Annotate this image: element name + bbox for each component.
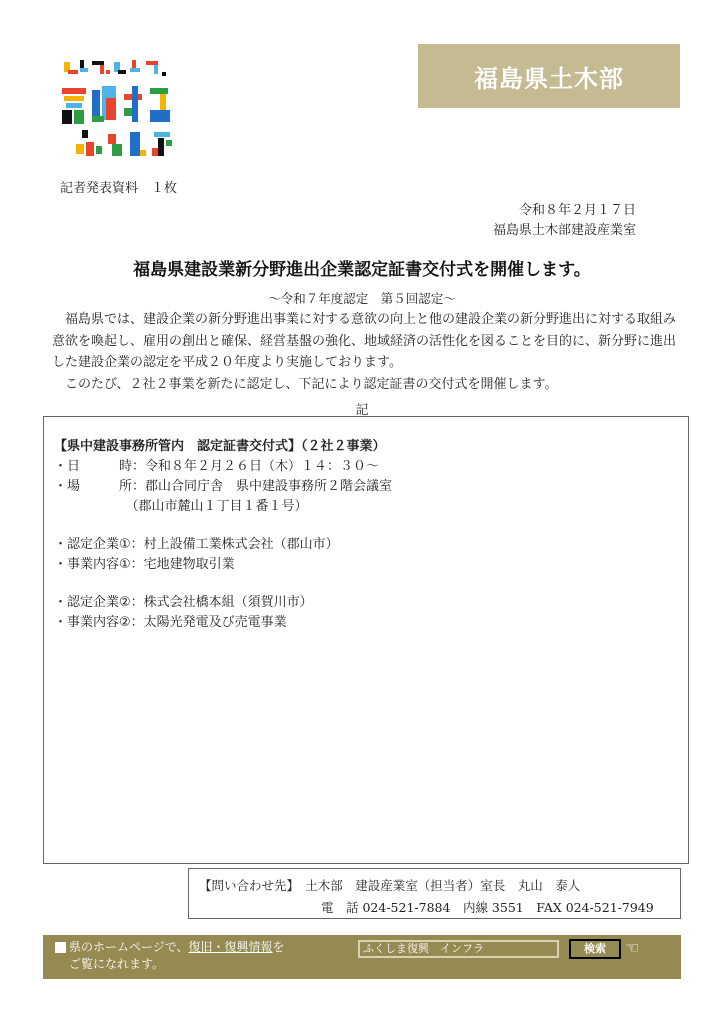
detail-row-business-2: ・事業内容②：太陽光発電及び売電事業	[54, 613, 392, 633]
search-input[interactable]: ふくしま復興 インフラ	[358, 940, 559, 958]
contact-label: 【問い合わせ先】	[199, 878, 293, 893]
detail-row-place: ・場 所：郡山合同庁舎 県中建設事務所２階会議室	[54, 477, 392, 497]
detail-row-company-2: ・認定企業②：株式会社橋本組（須賀川市）	[54, 593, 392, 613]
document-subtitle: ～令和７年度認定 第５回認定～	[0, 289, 724, 307]
homepage-text-line2: ご覧になれます。	[69, 956, 285, 973]
event-details-box: 【県中建設事務所管内 認定証書交付式】（２社２事業） ・日 時：令和８年２月２６…	[43, 416, 689, 864]
detail-row-datetime: ・日 時：令和８年２月２６日（木）１４：３０～	[54, 457, 392, 477]
detail-row-business-1: ・事業内容①：宅地建物取引業	[54, 555, 392, 575]
homepage-banner: 県のホームページで、復旧・復興情報を ご覧になれます。 ふくしま復興 インフラ …	[43, 935, 681, 979]
department-banner: 福島県土木部	[418, 44, 680, 108]
detail-row-address: （郡山市麓山１丁目１番１号）	[54, 497, 392, 517]
square-bullet-icon	[55, 942, 66, 953]
document-title: 福島県建設業新分野進出企業認定証書交付式を開催します。	[0, 255, 724, 280]
fukushima-logo	[62, 58, 202, 162]
recovery-info-link[interactable]: 復旧・復興情報	[189, 940, 273, 954]
paragraph-1: 福島県では、建設企業の新分野進出事業に対する意欲の向上と他の建設企業の新分野進出…	[52, 309, 684, 374]
contact-phone: 電 話 024-521-7884 内線 3551 FAX 024-521-794…	[321, 898, 654, 916]
pointing-hand-icon: ☜	[625, 938, 639, 957]
contact-line-1: 【問い合わせ先】 土木部 建設産業室（担当者）室長 丸山 泰人	[199, 876, 580, 894]
issue-date: 令和８年２月１７日	[493, 201, 636, 221]
contact-box: 【問い合わせ先】 土木部 建設産業室（担当者）室長 丸山 泰人 電 話 024-…	[188, 868, 681, 919]
event-heading: 【県中建設事務所管内 認定証書交付式】（２社２事業）	[54, 437, 392, 457]
issue-info: 令和８年２月１７日 福島県土木部建設産業室	[493, 201, 636, 241]
issuer: 福島県土木部建設産業室	[493, 221, 636, 241]
logo-graphic-icon	[62, 58, 202, 162]
body-text: 福島県では、建設企業の新分野進出事業に対する意欲の向上と他の建設企業の新分野進出…	[52, 309, 684, 395]
homepage-text-prefix: 県のホームページで、	[69, 940, 189, 954]
search-button[interactable]: 検索	[569, 939, 621, 959]
homepage-text-suffix: を	[273, 940, 285, 954]
homepage-text: 県のホームページで、復旧・復興情報を ご覧になれます。	[69, 939, 285, 973]
paragraph-2: このたび、２社２事業を新たに認定し、下記により認定証書の交付式を開催します。	[52, 374, 684, 396]
press-release-label: 記者発表資料 １枚	[60, 177, 177, 196]
contact-person: 土木部 建設産業室（担当者）室長 丸山 泰人	[305, 878, 580, 893]
detail-row-company-1: ・認定企業①：村上設備工業株式会社（郡山市）	[54, 535, 392, 555]
